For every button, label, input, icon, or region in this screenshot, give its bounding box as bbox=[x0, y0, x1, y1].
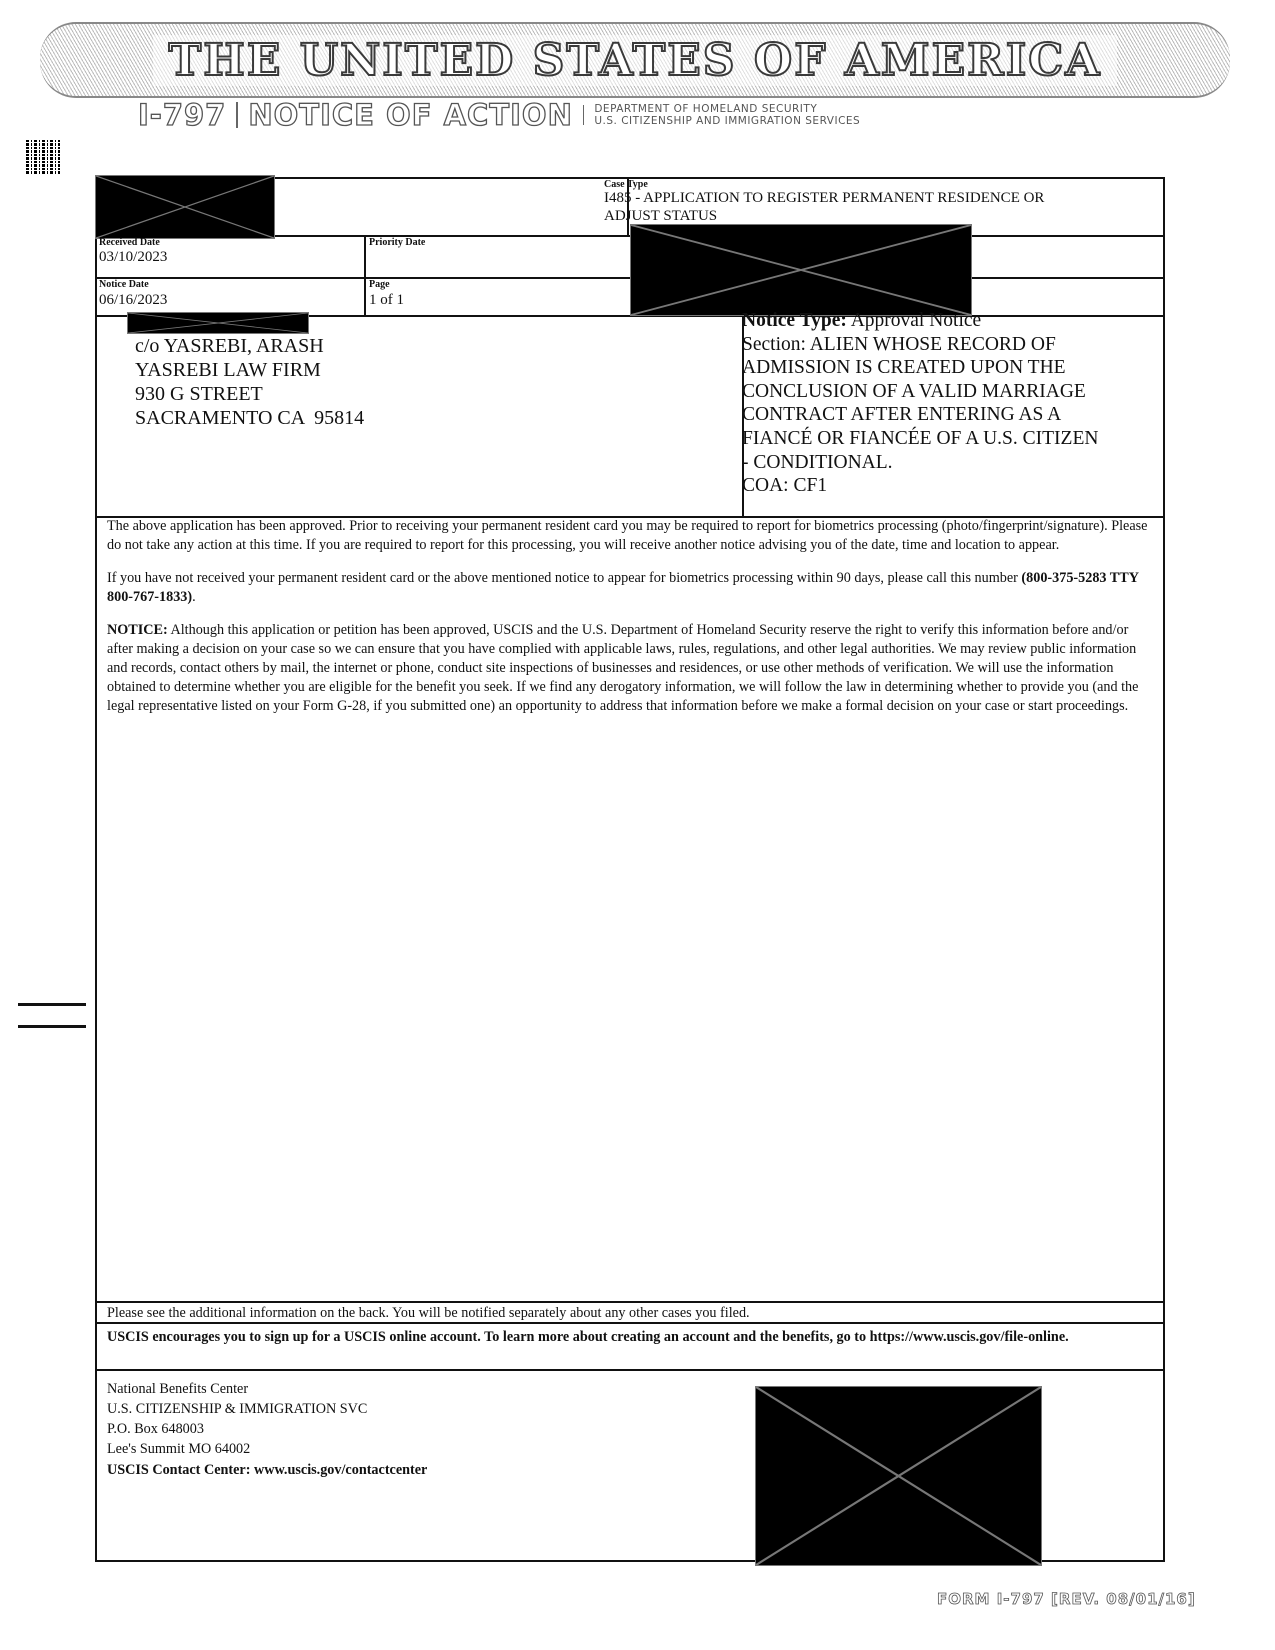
notice-label: NOTICE: bbox=[107, 622, 168, 638]
additional-info-note: Please see the additional information on… bbox=[107, 1305, 750, 1322]
fold-mark bbox=[18, 1003, 86, 1006]
office-line-3: P.O. Box 648003 bbox=[107, 1419, 367, 1439]
verification-paragraph: NOTICE: Although this application or pet… bbox=[107, 621, 1157, 716]
biometrics-paragraph: If you have not received your permanent … bbox=[107, 569, 1157, 607]
office-line-2: U.S. CITIZENSHIP & IMMIGRATION SVC bbox=[107, 1399, 367, 1419]
case-type-value: I485 - APPLICATION TO REGISTER PERMANENT… bbox=[604, 189, 1074, 225]
agency-line-2: U.S. CITIZENSHIP AND IMMIGRATION SERVICE… bbox=[594, 115, 860, 127]
redacted-receipt-number bbox=[95, 175, 275, 239]
notice-type-block: Notice Type: Approval Notice Section: AL… bbox=[742, 309, 1162, 498]
contact-center-link[interactable]: USCIS Contact Center: www.uscis.gov/cont… bbox=[107, 1462, 427, 1479]
office-line-4: Lee's Summit MO 64002 bbox=[107, 1439, 367, 1459]
approval-paragraph: The above application has been approved.… bbox=[107, 517, 1157, 555]
office-line-1: National Benefits Center bbox=[107, 1379, 367, 1399]
notice-body: The above application has been approved.… bbox=[107, 517, 1157, 730]
office-address: National Benefits Center U.S. CITIZENSHI… bbox=[107, 1379, 367, 1459]
received-date-label: Received Date bbox=[99, 237, 160, 248]
received-date-value: 03/10/2023 bbox=[99, 249, 167, 266]
fold-mark bbox=[18, 1025, 86, 1028]
banner-title: THE UNITED STATES OF AMERICA bbox=[169, 35, 1102, 86]
header-banner: THE UNITED STATES OF AMERICA bbox=[40, 22, 1230, 98]
page-value: 1 of 1 bbox=[369, 292, 404, 309]
notice-title: NOTICE OF ACTION bbox=[248, 98, 572, 132]
recipient-line-3: 930 G STREET bbox=[135, 382, 364, 406]
recipient-line-2: YASREBI LAW FIRM bbox=[135, 358, 364, 382]
divider bbox=[97, 1301, 1163, 1303]
notice-type-label: Notice Type: bbox=[742, 310, 847, 331]
divider bbox=[364, 235, 366, 316]
notice-type-value: Approval Notice bbox=[851, 310, 982, 331]
redacted-beneficiary-info bbox=[630, 224, 972, 316]
online-account-note: USCIS encourages you to sign up for a US… bbox=[107, 1327, 1127, 1347]
recipient-line-4: SACRAMENTO CA 95814 bbox=[135, 406, 364, 430]
divider bbox=[583, 105, 585, 125]
redacted-recipient-name bbox=[127, 312, 309, 334]
form-subheader: I-797 NOTICE OF ACTION DEPARTMENT OF HOM… bbox=[138, 98, 860, 132]
notice-date-label: Notice Date bbox=[99, 279, 149, 290]
notice-form: Case Type I485 - APPLICATION TO REGISTER… bbox=[95, 177, 1165, 1562]
notice-date-value: 06/16/2023 bbox=[99, 292, 167, 309]
recipient-line-1: c/o YASREBI, ARASH bbox=[135, 334, 364, 358]
form-code: I-797 bbox=[138, 98, 226, 132]
divider bbox=[97, 1322, 1163, 1324]
priority-date-label: Priority Date bbox=[369, 237, 425, 248]
notice-section: Section: ALIEN WHOSE RECORD OF ADMISSION… bbox=[742, 333, 1102, 475]
divider bbox=[97, 1369, 1163, 1371]
agency-line-1: DEPARTMENT OF HOMELAND SECURITY bbox=[594, 103, 860, 115]
agency-block: DEPARTMENT OF HOMELAND SECURITY U.S. CIT… bbox=[594, 103, 860, 127]
redacted-signature bbox=[755, 1386, 1042, 1566]
form-revision: FORM I-797 [REV. 08/01/16] bbox=[937, 1590, 1196, 1608]
notice-coa: COA: CF1 bbox=[742, 474, 1162, 498]
recipient-address: c/o YASREBI, ARASH YASREBI LAW FIRM 930 … bbox=[135, 334, 364, 430]
divider bbox=[236, 102, 238, 128]
barcode-icon bbox=[26, 140, 60, 174]
page-label: Page bbox=[369, 279, 390, 290]
